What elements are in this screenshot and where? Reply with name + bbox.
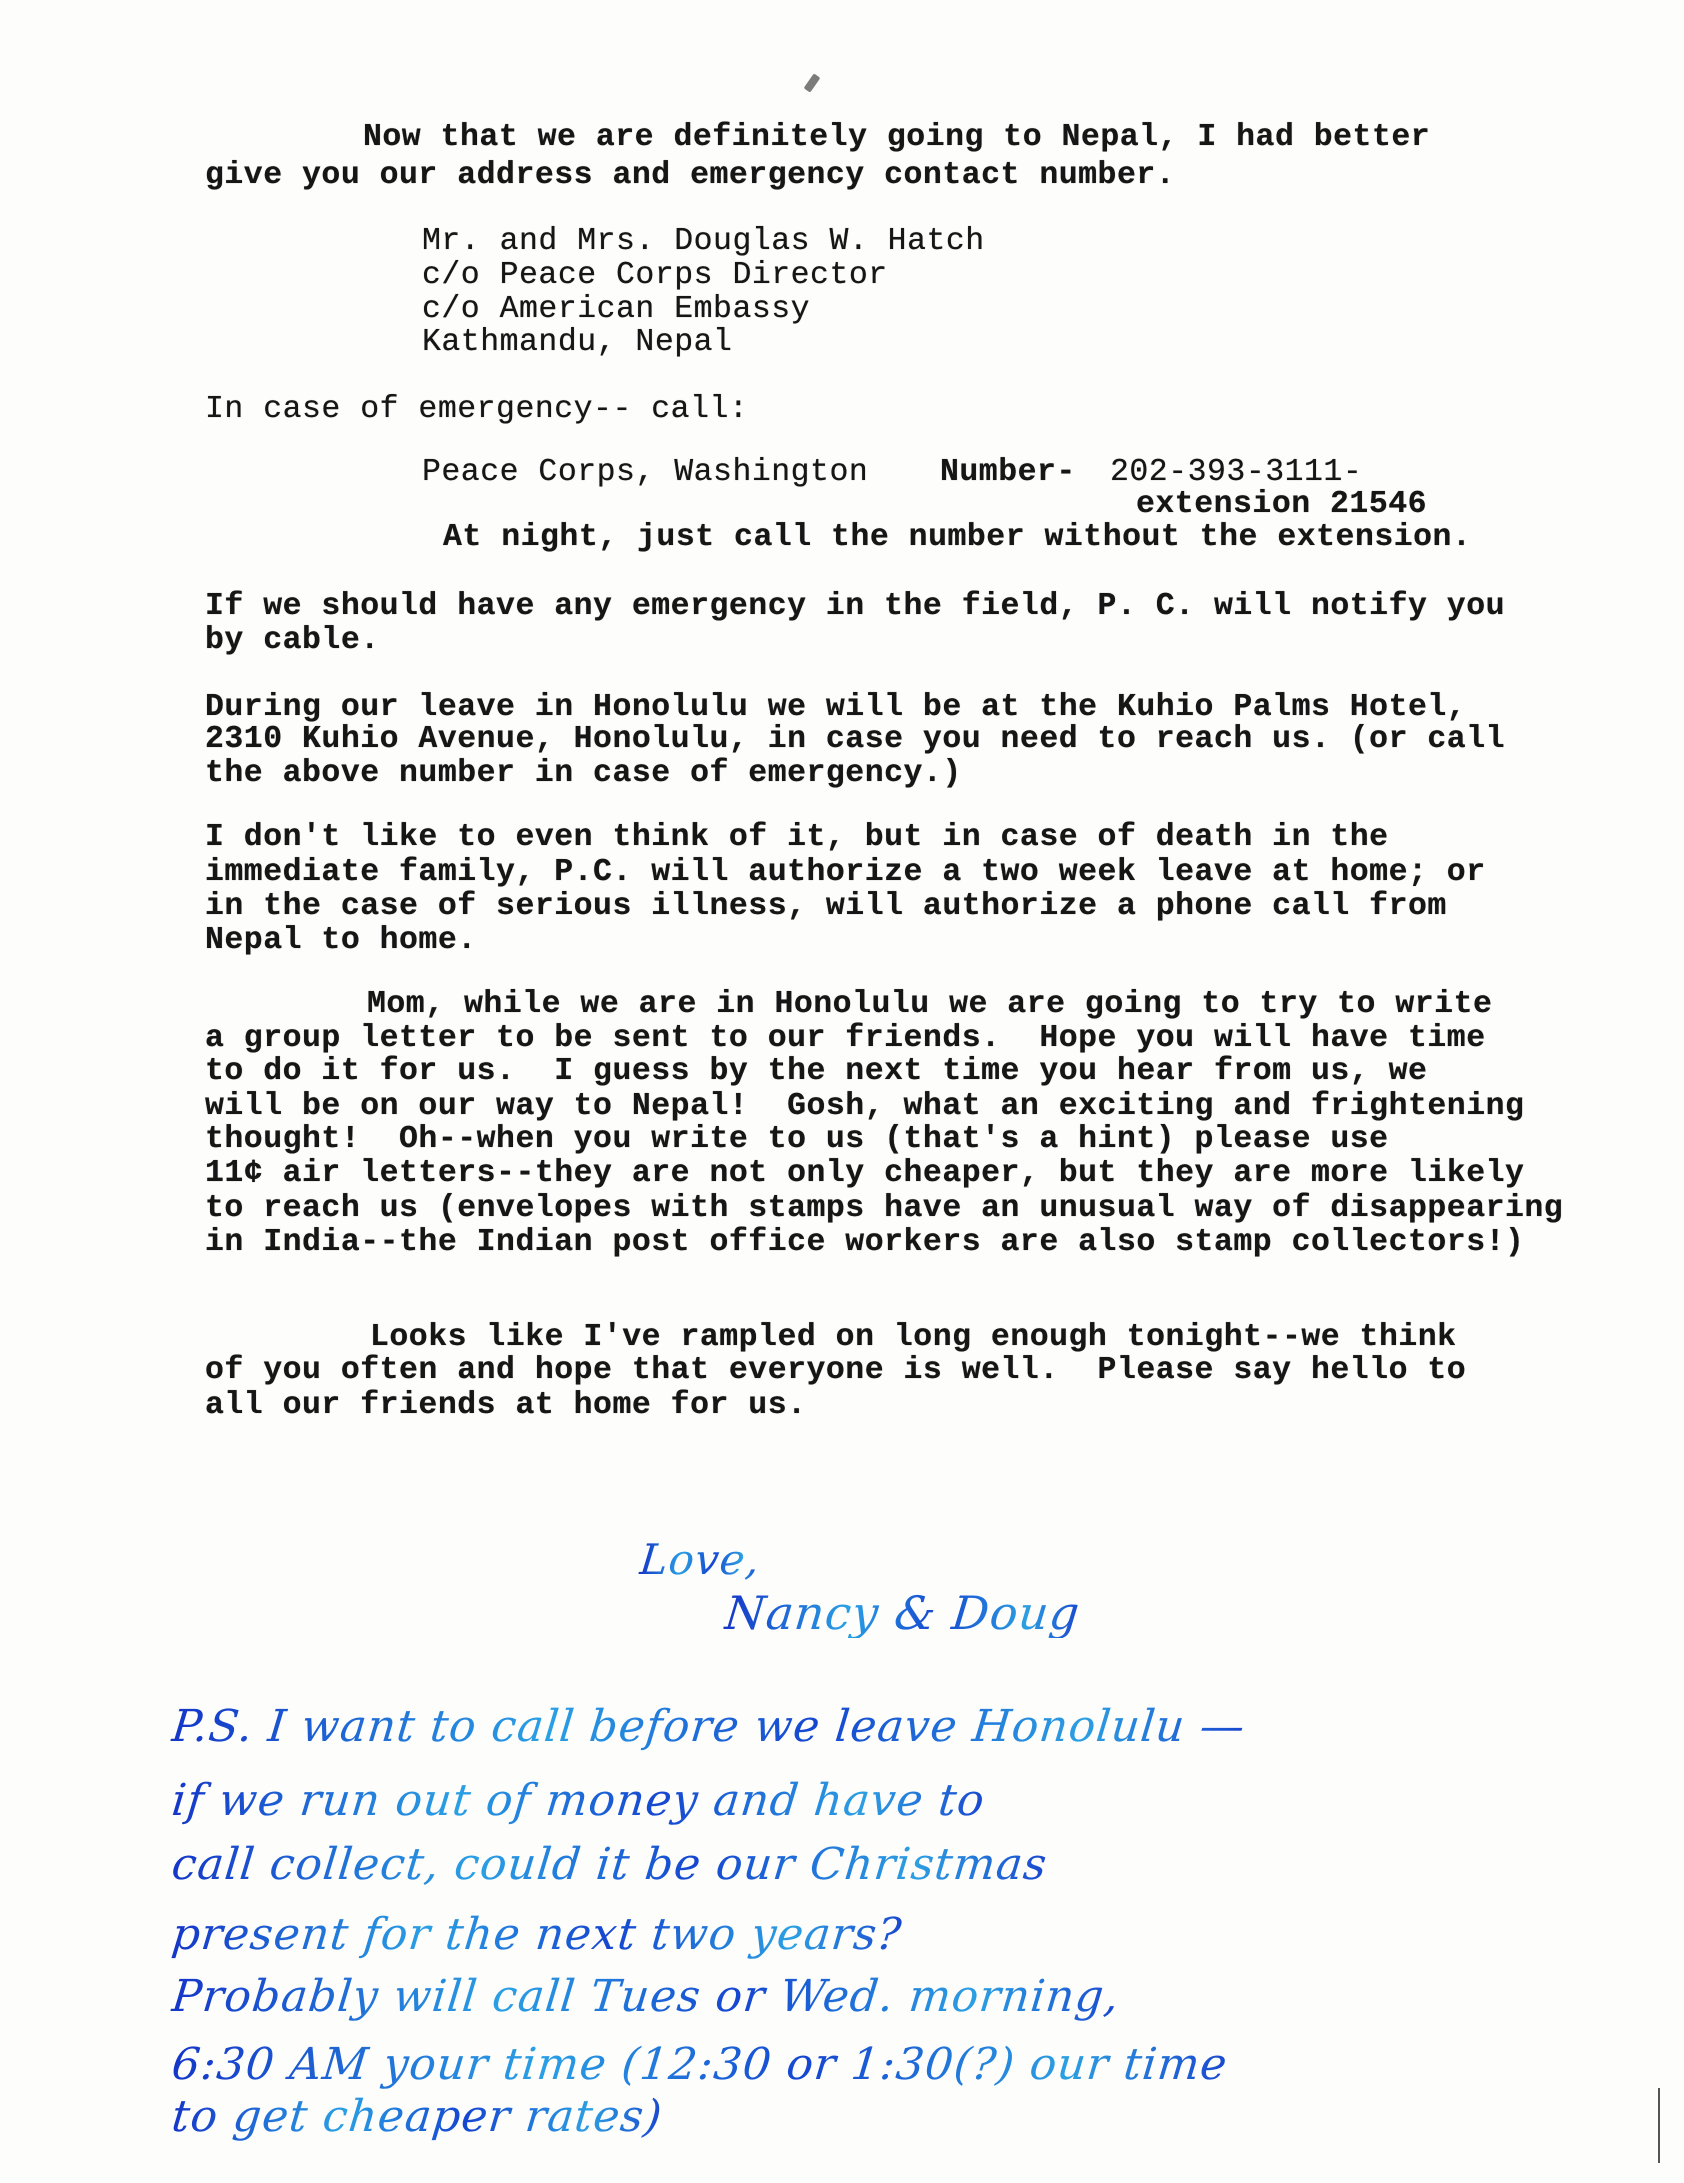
contact-organization: Peace Corps, Washington xyxy=(422,456,868,490)
leave-policy-line-3: in the case of serious illness, will aut… xyxy=(205,890,1447,924)
group-letter-line-1: Mom, while we are in Honolulu we are goi… xyxy=(367,988,1492,1022)
field-note-line-1: If we should have any emergency in the f… xyxy=(205,590,1505,624)
scan-edge-line xyxy=(1658,2088,1660,2163)
pen-mark xyxy=(804,73,821,92)
closing-line-3: all our friends at home for us. xyxy=(205,1389,807,1423)
postscript-line-7: to get cheaper rates) xyxy=(169,2092,665,2142)
group-letter-line-7: to reach us (envelopes with stamps have … xyxy=(205,1192,1563,1226)
contact-extension: extension 21546 xyxy=(1136,488,1427,522)
contact-number-label: Number- xyxy=(940,456,1076,490)
postscript-line-1: P.S. I want to call before we leave Hono… xyxy=(169,1702,1247,1752)
intro-line-2: give you our address and emergency conta… xyxy=(205,159,1175,193)
leave-policy-line-2: immediate family, P.C. will authorize a … xyxy=(205,856,1486,890)
honolulu-line-2: 2310 Kuhio Avenue, Honolulu, in case you… xyxy=(205,723,1505,757)
signature: Nancy & Doug xyxy=(722,1588,1082,1638)
night-note: At night, just call the number without t… xyxy=(443,521,1471,555)
postscript-line-6: 6:30 AM your time (12:30 or 1:30(?) our … xyxy=(169,2040,1230,2090)
group-letter-line-4: will be on our way to Nepal! Gosh, what … xyxy=(205,1090,1524,1124)
address-name: Mr. and Mrs. Douglas W. Hatch xyxy=(422,225,985,259)
postscript-line-4: present for the next two years? xyxy=(169,1910,904,1960)
signoff: Love, xyxy=(637,1535,762,1585)
intro-line-1: Now that we are definitely going to Nepa… xyxy=(363,121,1430,155)
group-letter-line-6: 11¢ air letters--they are not only cheap… xyxy=(205,1157,1524,1191)
closing-line-1: Looks like I've rampled on long enough t… xyxy=(370,1321,1457,1355)
postscript-line-5: Probably will call Tues or Wed. morning, xyxy=(169,1972,1122,2022)
field-note-line-2: by cable. xyxy=(205,624,380,658)
address-line-3: c/o American Embassy xyxy=(422,293,810,327)
group-letter-line-2: a group letter to be sent to our friends… xyxy=(205,1022,1486,1056)
leave-policy-line-4: Nepal to home. xyxy=(205,924,477,958)
leave-policy-line-1: I don't like to even think of it, but in… xyxy=(205,821,1389,855)
letter-page: Now that we are definitely going to Nepa… xyxy=(0,0,1684,2183)
emergency-heading: In case of emergency-- call: xyxy=(205,393,748,427)
group-letter-line-3: to do it for us. I guess by the next tim… xyxy=(205,1055,1427,1089)
honolulu-line-1: During our leave in Honolulu we will be … xyxy=(205,691,1466,725)
address-city: Kathmandu, Nepal xyxy=(422,326,732,360)
postscript-line-3: call collect, could it be our Christmas xyxy=(169,1840,1049,1890)
contact-number: 202-393-3111- xyxy=(1110,456,1362,490)
honolulu-line-3: the above number in case of emergency.) xyxy=(205,757,962,791)
group-letter-line-8: in India--the Indian post office workers… xyxy=(205,1226,1524,1260)
closing-line-2: of you often and hope that everyone is w… xyxy=(205,1354,1466,1388)
group-letter-line-5: thought! Oh--when you write to us (that'… xyxy=(205,1123,1389,1157)
address-line-2: c/o Peace Corps Director xyxy=(422,259,888,293)
postscript-line-2: if we run out of money and have to xyxy=(169,1776,987,1826)
